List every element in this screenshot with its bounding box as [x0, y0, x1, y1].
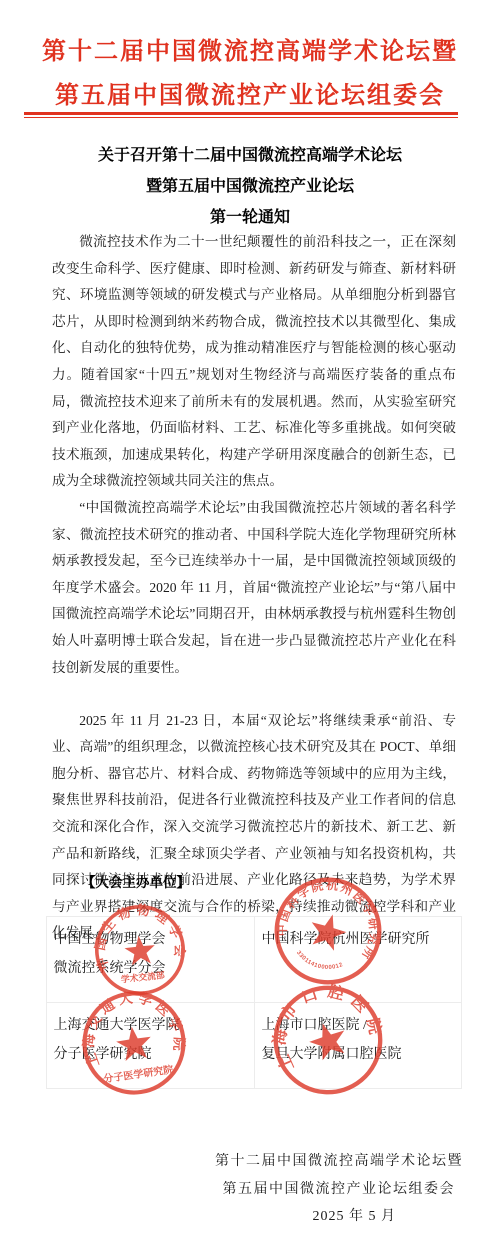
paragraph-event-plan: 2025 年 11 月 21-23 日，本届“双论坛”将继续秉承“前沿、专业、高… — [52, 708, 456, 947]
paragraph-intro: 微流控技术作为二十一世纪颠覆性的前沿科技之一，正在深刻改变生命科学、医疗健康、即… — [52, 229, 456, 495]
footer-date: 2025 年 5 月 — [313, 1205, 397, 1225]
notice-title-line-1: 关于召开第十二届中国微流控高端学术论坛 — [0, 140, 500, 171]
organizer-3-name-line-1: 上海交通大学医学院 — [54, 1011, 254, 1040]
organizer-1-name-line-2: 微流控系统学分会 — [54, 954, 254, 983]
notice-title: 关于召开第十二届中国微流控高端学术论坛 暨第五届中国微流控产业论坛 第一轮通知 — [0, 140, 500, 233]
masthead-line-1: 第十二届中国微流控高端学术论坛暨 — [0, 30, 500, 74]
document-masthead: 第十二届中国微流控高端学术论坛暨 第五届中国微流控产业论坛组委会 — [0, 30, 500, 118]
organizer-2-name-line-1: 中国科学院杭州医学研究所 — [262, 925, 461, 954]
document-page: 第十二届中国微流控高端学术论坛暨 第五届中国微流控产业论坛组委会 关于召开第十二… — [0, 0, 500, 1242]
organizer-1-name-line-1: 中国生物物理学会 — [54, 925, 254, 954]
footer-committee-line-2: 第五届中国微流控产业论坛组委会 — [223, 1178, 456, 1198]
footer-committee-line-1: 第十二届中国微流控高端学术论坛暨 — [215, 1150, 463, 1170]
paragraph-history: “中国微流控高端学术论坛”由我国微流控芯片领域的著名科学家、微流控技术研究的推动… — [52, 495, 456, 681]
organizer-cell-2: 中国科学院杭州医学研究所 — [254, 916, 462, 1003]
organizer-cell-3: 上海交通大学医学院 分子医学研究院 — [46, 1002, 255, 1089]
masthead-rule-thin — [24, 117, 458, 118]
organizer-cell-4: 上海市口腔医院 / 复旦大学附属口腔医院 — [254, 1002, 462, 1089]
notice-body: 微流控技术作为二十一世纪颠覆性的前沿科技之一，正在深刻改变生命科学、医疗健康、即… — [52, 229, 456, 947]
organizer-cell-1: 中国生物物理学会 微流控系统学分会 — [46, 916, 255, 1003]
masthead-rule-thick — [24, 112, 458, 115]
organizers-section-label: 【大会主办单位】 — [82, 871, 190, 891]
organizer-4-name-line-2: 复旦大学附属口腔医院 — [262, 1040, 461, 1069]
organizers-table: 中国生物物理学会 微流控系统学分会 中国科学院杭州医学研究所 上海交通大学医学院… — [46, 916, 461, 1088]
organizer-4-name-line-1: 上海市口腔医院 / — [262, 1011, 461, 1040]
notice-title-line-2: 暨第五届中国微流控产业论坛 — [0, 171, 500, 202]
organizer-3-name-line-2: 分子医学研究院 — [54, 1040, 254, 1069]
